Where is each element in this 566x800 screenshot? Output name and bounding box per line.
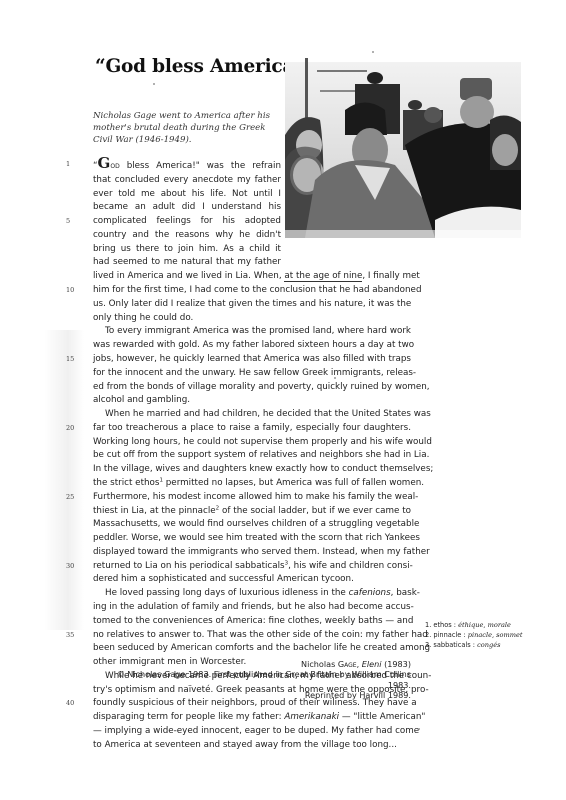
text-line: — implying a wide-eyed innocent, eager t… xyxy=(93,725,411,739)
text-line: Working long hours, he could not supervi… xyxy=(93,436,411,450)
text-line: dered him a sophisticated and successful… xyxy=(93,573,411,587)
line-number: 40 xyxy=(66,697,80,711)
text-line: had seemed to me natural that my father xyxy=(93,256,281,270)
text-line: been seduced by American comforts and th… xyxy=(93,642,411,656)
drop-cap: G xyxy=(98,154,111,172)
line-number: 25 xyxy=(66,491,80,505)
text-line: displayed toward the immigrants who serv… xyxy=(93,546,411,560)
footnote-3: 3. sabbaticals : congés xyxy=(425,640,560,650)
source-citation: Nicholas Gage, Eleni (1983) xyxy=(93,659,411,669)
text-line: alcohol and gambling. xyxy=(93,394,411,408)
text-line: ing in the adulation of family and frien… xyxy=(93,601,411,615)
text-line: peddler. Worse, we would see him treated… xyxy=(93,532,411,546)
footnotes: 1. ethos : éthique, morale 2. pinnacle :… xyxy=(425,620,560,651)
text-line: 10him for the first time, I had come to … xyxy=(93,284,411,298)
footnote-1: 1. ethos : éthique, morale xyxy=(425,620,560,630)
text-line: To every immigrant America was the promi… xyxy=(93,325,411,339)
scan-speck xyxy=(153,83,155,85)
text-line: ed from the bonds of village morality an… xyxy=(93,381,411,395)
text-line: 15jobs, however, he quickly learned that… xyxy=(93,353,411,367)
scan-shading xyxy=(44,330,84,630)
copyright-line: © Nicholas Gage 1983. First published in… xyxy=(93,669,411,690)
scan-speck xyxy=(418,728,420,730)
text-line: When he married and had children, he dec… xyxy=(93,408,411,422)
reprint-line: Reprinted by Harvill 1989. xyxy=(93,690,411,700)
line-number: 5 xyxy=(66,215,80,229)
text-line: 1“God bless America!" was the refrain xyxy=(93,158,281,174)
text-line: became an adult did I understand his xyxy=(93,201,281,215)
text-line: us. Only later did I realize that given … xyxy=(93,298,411,312)
text-line: 35no relatives to answer to. That was th… xyxy=(93,629,411,643)
text-line: for the innocent and the unwary. He saw … xyxy=(93,367,411,381)
text-line: In the village, wives and daughters knew… xyxy=(93,463,411,477)
text-line: was rewarded with gold. As my father lab… xyxy=(93,339,411,353)
line-number: 30 xyxy=(66,560,80,574)
text-line: 30returned to Lia on his periodical sabb… xyxy=(93,560,411,574)
attribution: Nicholas Gage, Eleni (1983) © Nicholas G… xyxy=(93,659,411,701)
text-line: 25Furthermore, his modest income allowed… xyxy=(93,491,411,505)
text-line: thiest in Lia, at the pinnacle2 of the s… xyxy=(93,505,411,519)
text-line: ever told me about his life. Not until I xyxy=(93,188,281,202)
text-line: 20far too treacherous a place to raise a… xyxy=(93,422,411,436)
text-line: to America at seventeen and stayed away … xyxy=(93,739,411,753)
line-number: 1 xyxy=(66,158,80,172)
scan-speck xyxy=(334,377,336,379)
text-line: only thing he could do. xyxy=(93,312,411,326)
text-line: the strict ethos1 permitted no lapses, b… xyxy=(93,477,411,491)
underlined-phrase: at the age of nine xyxy=(284,271,362,282)
page-title: “God bless America!” xyxy=(95,56,313,77)
line-number: 20 xyxy=(66,422,80,436)
text-line: Massachusetts, we would find ourselves c… xyxy=(93,518,411,532)
text-line: be cut off from the support system of re… xyxy=(93,449,411,463)
line-number: 35 xyxy=(66,629,80,643)
text-line: bring us there to join him. As a child i… xyxy=(93,243,281,257)
text-line: tomed to the conveniences of America: fi… xyxy=(93,615,411,629)
line-number: 15 xyxy=(66,353,80,367)
text-line: He loved passing long days of luxurious … xyxy=(93,587,411,601)
text-line: 5complicated feelings for his adopted xyxy=(93,215,281,229)
text-line: lived in America and we lived in Lia. Wh… xyxy=(93,270,411,284)
footnote-2: 2. pinnacle : pinacle, sommet xyxy=(425,630,530,640)
line-number: 10 xyxy=(66,284,80,298)
intro-text: Nicholas Gage went to America after his … xyxy=(93,110,285,146)
text-line: disparaging term for people like my fath… xyxy=(93,711,411,725)
text-line: that concluded every anecdote my father xyxy=(93,174,281,188)
scan-speck xyxy=(372,51,374,53)
text-line: country and the reasons why he didn't xyxy=(93,229,281,243)
